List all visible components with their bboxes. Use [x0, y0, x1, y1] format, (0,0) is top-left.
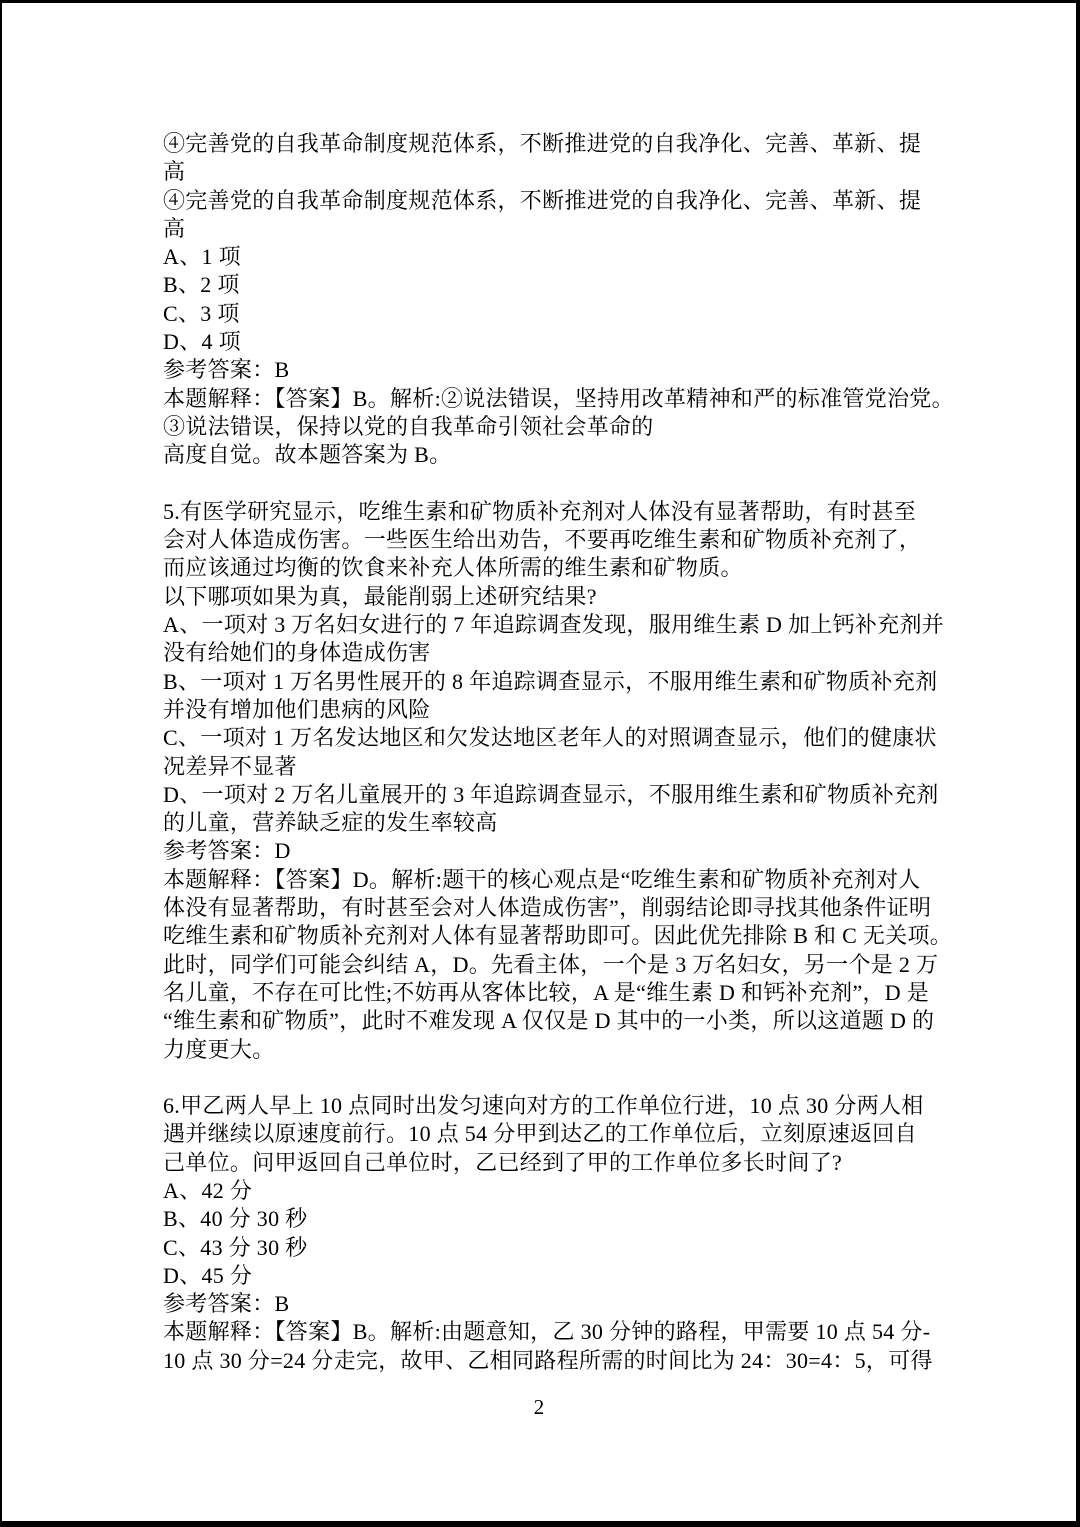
- text-line: 5.有医学研究显示，吃维生素和矿物质补充剂对人体没有显著帮助，有时甚至: [163, 498, 933, 526]
- text-line: 本题解释：【答案】D。解析:题干的核心观点是“吃维生素和矿物质补充剂对人: [163, 866, 933, 894]
- text-line: D、4 项: [163, 328, 933, 356]
- text-line: 以下哪项如果为真，最能削弱上述研究结果?: [163, 583, 933, 611]
- text-line: 高度自觉。故本题答案为 B。: [163, 441, 933, 469]
- text-line: A、1 项: [163, 243, 933, 271]
- text-line: ④完善党的自我革命制度规范体系，不断推进党的自我净化、完善、革新、提: [163, 187, 933, 215]
- text-line: 此时，同学们可能会纠结 A，D。先看主体，一个是 3 万名妇女，另一个是 2 万: [163, 951, 933, 979]
- document-page: ④完善党的自我革命制度规范体系，不断推进党的自我净化、完善、革新、提高④完善党的…: [0, 0, 1080, 1527]
- text-line: B、40 分 30 秒: [163, 1205, 933, 1233]
- text-line: 本题解释：【答案】B。解析:②说法错误，坚持用改革精神和严的标准管党治党。: [163, 385, 933, 413]
- question-6: 6.甲乙两人早上 10 点同时出发匀速向对方的工作单位行进，10 点 30 分两…: [163, 1092, 933, 1375]
- text-line: 会对人体造成伤害。一些医生给出劝告，不要再吃维生素和矿物质补充剂了，: [163, 526, 933, 554]
- text-line: B、2 项: [163, 271, 933, 299]
- text-line: ④完善党的自我革命制度规范体系，不断推进党的自我净化、完善、革新、提: [163, 130, 933, 158]
- text-line: 参考答案：D: [163, 837, 933, 865]
- text-line: 名儿童，不存在可比性;不妨再从客体比较，A 是“维生素 D 和钙补充剂”，D 是: [163, 979, 933, 1007]
- page-content: ④完善党的自我革命制度规范体系，不断推进党的自我净化、完善、革新、提高④完善党的…: [163, 130, 933, 1375]
- text-line: 而应该通过均衡的饮食来补充人体所需的维生素和矿物质。: [163, 554, 933, 582]
- question-4-continuation: ④完善党的自我革命制度规范体系，不断推进党的自我净化、完善、革新、提高④完善党的…: [163, 130, 933, 470]
- text-line: 没有给她们的身体造成伤害: [163, 639, 933, 667]
- text-line: 10 点 30 分=24 分走完，故甲、乙相同路程所需的时间比为 24：30=4…: [163, 1347, 933, 1375]
- text-line: C、43 分 30 秒: [163, 1234, 933, 1262]
- text-line: 6.甲乙两人早上 10 点同时出发匀速向对方的工作单位行进，10 点 30 分两…: [163, 1092, 933, 1120]
- text-line: B、一项对 1 万名男性展开的 8 年追踪调查显示，不服用维生素和矿物质补充剂: [163, 668, 933, 696]
- page-footer: 2: [2, 1393, 1076, 1421]
- text-line: A、42 分: [163, 1177, 933, 1205]
- text-line: D、一项对 2 万名儿童展开的 3 年追踪调查显示，不服用维生素和矿物质补充剂: [163, 781, 933, 809]
- text-line: 参考答案：B: [163, 356, 933, 384]
- text-line: 高: [163, 158, 933, 186]
- text-line: 遇并继续以原速度前行。10 点 54 分甲到达乙的工作单位后，立刻原速返回自: [163, 1120, 933, 1148]
- page-number: 2: [534, 1395, 545, 1419]
- text-line: “维生素和矿物质”，此时不难发现 A 仅仅是 D 其中的一小类，所以这道题 D …: [163, 1007, 933, 1035]
- text-line: C、一项对 1 万名发达地区和欠发达地区老年人的对照调查显示，他们的健康状: [163, 724, 933, 752]
- question-5: 5.有医学研究显示，吃维生素和矿物质补充剂对人体没有显著帮助，有时甚至会对人体造…: [163, 498, 933, 1064]
- text-line: 吃维生素和矿物质补充剂对人体有显著帮助即可。因此优先排除 B 和 C 无关项。: [163, 922, 933, 950]
- text-line: 并没有增加他们患病的风险: [163, 696, 933, 724]
- text-line: 体没有显著帮助，有时甚至会对人体造成伤害”，削弱结论即寻找其他条件证明: [163, 894, 933, 922]
- text-line: 况差异不显著: [163, 753, 933, 781]
- text-line: 参考答案：B: [163, 1290, 933, 1318]
- text-line: A、一项对 3 万名妇女进行的 7 年追踪调查发现，服用维生素 D 加上钙补充剂…: [163, 611, 933, 639]
- text-line: 的儿童，营养缺乏症的发生率较高: [163, 809, 933, 837]
- text-line: ③说法错误，保持以党的自我革命引领社会革命的: [163, 413, 933, 441]
- text-line: 力度更大。: [163, 1036, 933, 1064]
- text-line: 己单位。问甲返回自己单位时，乙已经到了甲的工作单位多长时间了?: [163, 1149, 933, 1177]
- text-line: 本题解释：【答案】B。解析:由题意知，乙 30 分钟的路程，甲需要 10 点 5…: [163, 1318, 933, 1346]
- text-line: C、3 项: [163, 300, 933, 328]
- text-line: 高: [163, 215, 933, 243]
- text-line: D、45 分: [163, 1262, 933, 1290]
